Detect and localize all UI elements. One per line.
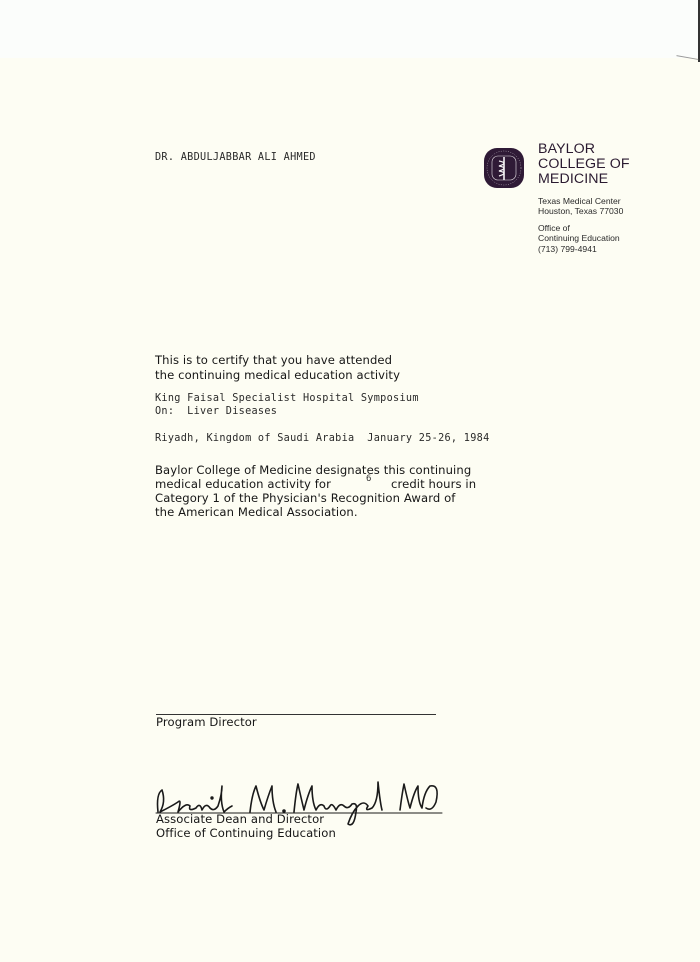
activity-topic: On: Liver Diseases — [155, 406, 277, 417]
designation-line-2a: medical education activity for — [155, 477, 331, 491]
activity-location-date: Riyadh, Kingdom of Saudi Arabia January … — [155, 433, 490, 444]
institution-line: MEDICINE — [538, 172, 630, 187]
institution-line: BAYLOR — [538, 142, 630, 157]
certify-line-2: the continuing medical education activit… — [155, 368, 400, 382]
dean-title: Associate Dean and Director — [156, 812, 324, 826]
credit-hours-value: 6 — [366, 474, 371, 484]
address-line: Houston, Texas 77030 — [538, 206, 623, 216]
office-line: Continuing Education — [538, 233, 620, 243]
caduceus-seal-icon — [483, 147, 525, 189]
recipient-name: DR. ABDULJABBAR ALI AHMED — [155, 152, 316, 163]
certify-line-1: This is to certify that you have attende… — [155, 353, 392, 367]
designation-line-2b: credit hours in — [391, 477, 476, 491]
institution-address: Texas Medical Center Houston, Texas 7703… — [538, 196, 623, 217]
address-line: Texas Medical Center — [538, 196, 623, 206]
institution-line: COLLEGE OF — [538, 157, 630, 172]
activity-title: King Faisal Specialist Hospital Symposiu… — [155, 393, 419, 404]
program-director-label: Program Director — [156, 715, 257, 729]
office-phone: (713) 799-4941 — [538, 244, 620, 254]
office-line: Office of — [538, 223, 620, 233]
designation-line-3: Category 1 of the Physician's Recognitio… — [155, 491, 456, 505]
page-top-margin — [0, 0, 700, 58]
office-contact: Office of Continuing Education (713) 799… — [538, 223, 620, 254]
designation-line-4: the American Medical Association. — [155, 505, 358, 519]
institution-name: BAYLOR COLLEGE OF MEDICINE — [538, 142, 630, 187]
dean-office: Office of Continuing Education — [156, 826, 336, 840]
designation-line-1: Baylor College of Medicine designates th… — [155, 463, 471, 477]
